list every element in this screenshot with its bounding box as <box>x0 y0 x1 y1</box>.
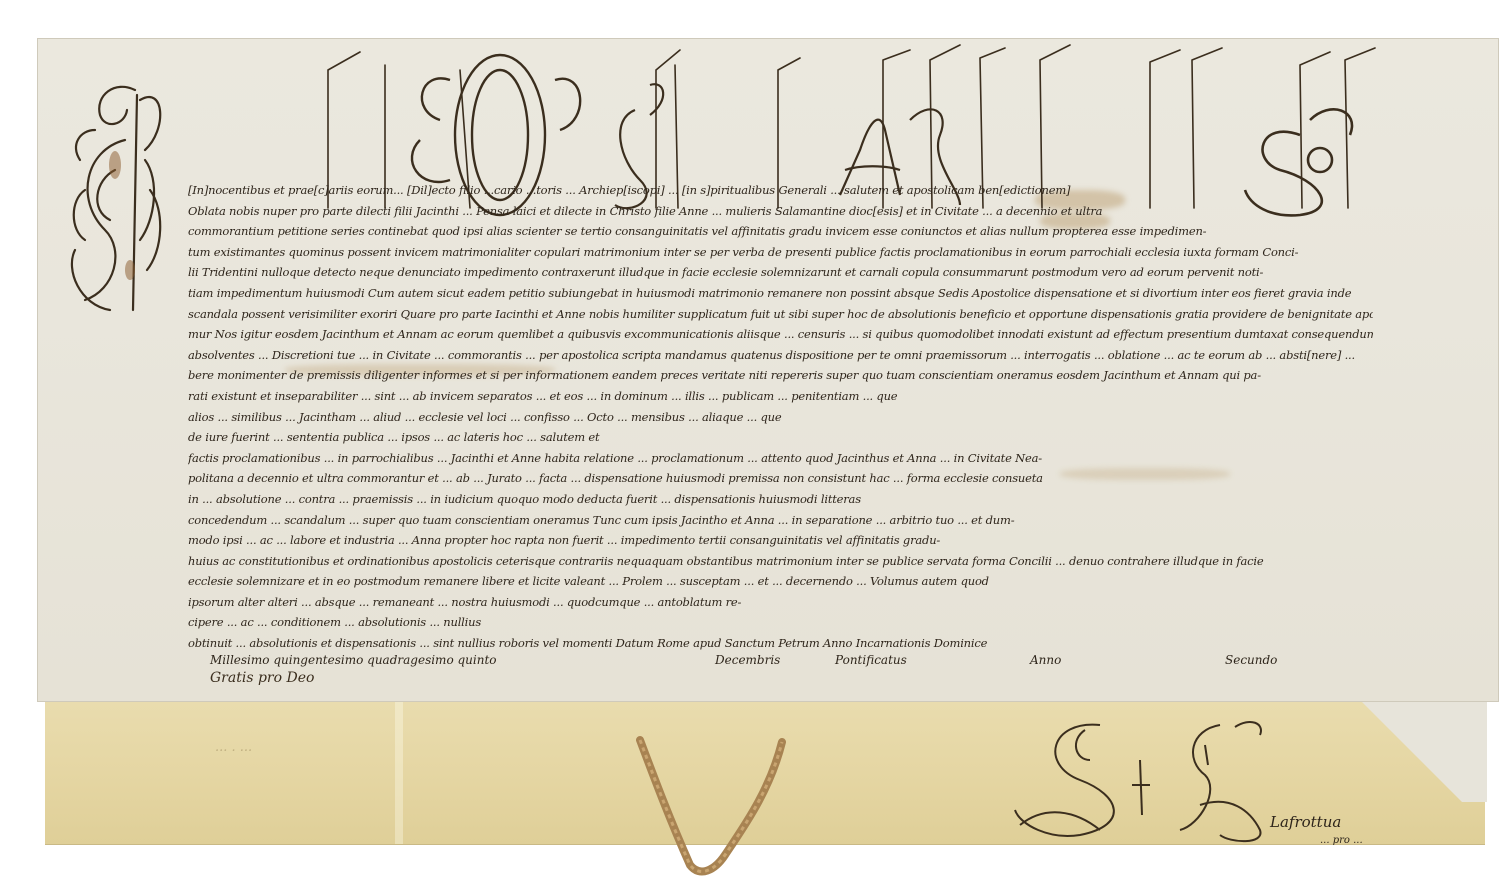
body-line: in ... absolutione ... contra ... praemi… <box>188 489 1373 510</box>
body-line: Oblata nobis nuper pro parte dilecti fil… <box>188 201 1373 222</box>
body-line: cipere ... ac ... conditionem ... absolu… <box>188 612 1373 633</box>
body-line: rati existunt et inseparabiliter ... sin… <box>188 386 1373 407</box>
date-month: Decembris <box>715 653 780 667</box>
body-line: modo ipsi ... ac ... labore et industria… <box>188 530 1373 551</box>
body-line: politana a decennio et ultra commorantur… <box>188 468 1373 489</box>
date-ordinal: Secundo <box>1225 653 1277 667</box>
document-body: [In]nocentibus et prae[c]ariis eorum... … <box>188 180 1373 654</box>
body-line: alios ... similibus ... Jacintham ... al… <box>188 407 1373 428</box>
body-line: commorantium petitione series continebat… <box>188 221 1373 242</box>
body-line: factis proclamationibus ... in parrochia… <box>188 448 1373 469</box>
date-pontificatus: Pontificatus <box>835 653 907 667</box>
body-line: scandala possent verisimiliter exoriri Q… <box>188 304 1373 325</box>
faint-inscription: ... . ... <box>215 740 252 755</box>
date-year: Millesimo quingentesimo quadragesimo qui… <box>210 653 497 667</box>
body-line: ecclesie solemnizare et in eo postmodum … <box>188 571 1373 592</box>
body-line: lii Tridentini nulloque detecto neque de… <box>188 262 1373 283</box>
body-line: absolventes ... Discretioni tue ... in C… <box>188 345 1373 366</box>
body-line: tum existimantes quominus possent invice… <box>188 242 1373 263</box>
signature-name: Lafrottua <box>1270 813 1341 831</box>
decorative-initial-flourish-icon <box>55 70 170 320</box>
body-line: obtinuit ... absolutionis et dispensatio… <box>188 633 1373 654</box>
body-line: bere monimenter de premissis diligenter … <box>188 365 1373 386</box>
date-anno: Anno <box>1030 653 1061 667</box>
seal-cord-icon <box>600 730 810 880</box>
body-line: [In]nocentibus et prae[c]ariis eorum... … <box>188 180 1373 201</box>
signature-note: ... pro ... <box>1320 835 1363 846</box>
body-line: tiam impedimentum huiusmodi Cum autem si… <box>188 283 1373 304</box>
registry-note: Gratis pro Deo <box>210 670 314 686</box>
signature-flourish-icon <box>990 705 1470 855</box>
body-line: de iure fuerint ... sententia publica ..… <box>188 427 1373 448</box>
body-line: ipsorum alter alteri ... absque ... rema… <box>188 592 1373 613</box>
body-line: huius ac constitutionibus et ordinationi… <box>188 551 1373 572</box>
body-line: mur Nos igitur eosdem Jacinthum et Annam… <box>188 324 1373 345</box>
fold-crease <box>395 702 403 844</box>
body-line: concedendum ... scandalum ... super quo … <box>188 510 1373 531</box>
